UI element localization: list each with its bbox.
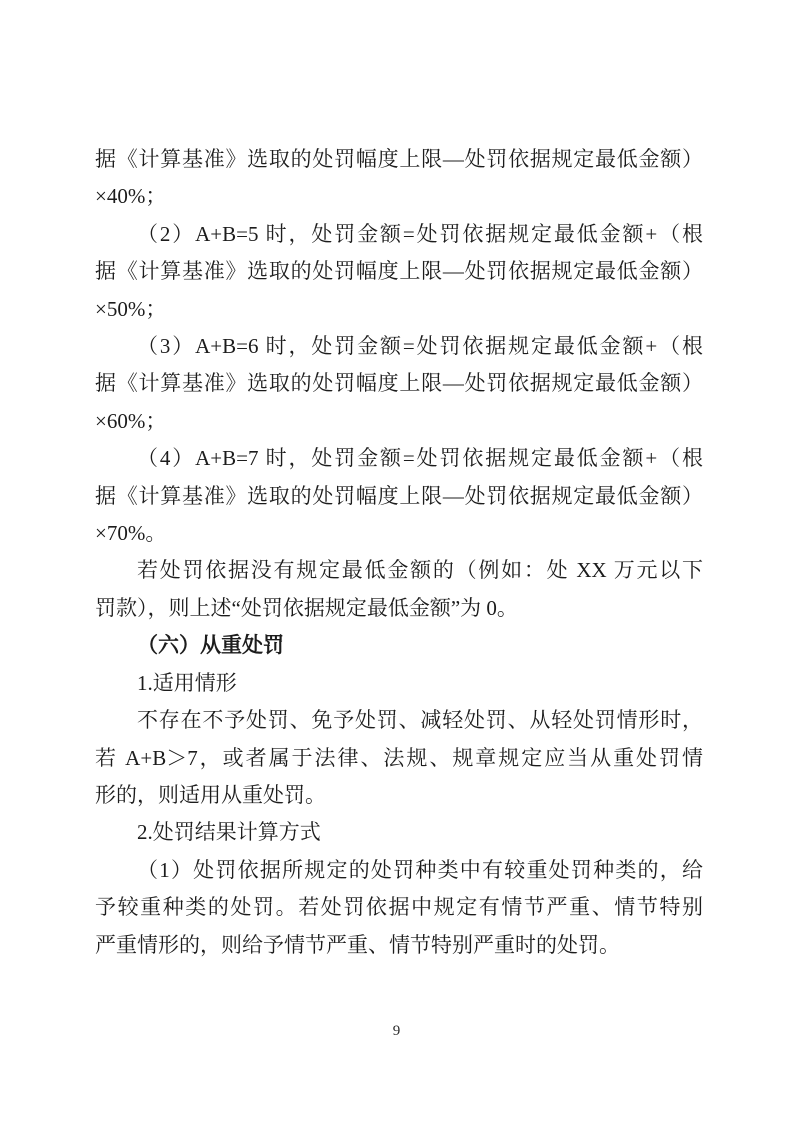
paragraph-item-3: （3）A+B=6 时，处罚金额=处罚依据规定最低金额+（根 据《计算基准》选取的… xyxy=(95,328,703,440)
text-line: 1.适用情形 xyxy=(95,665,703,702)
text-line: ×60%； xyxy=(95,403,703,440)
subheading-calculation-method: 2.处罚结果计算方式 xyxy=(95,814,703,851)
text-line: 据《计算基准》选取的处罚幅度上限—处罚依据规定最低金额） xyxy=(95,365,703,402)
text-line: 若处罚依据没有规定最低金额的（例如：处 XX 万元以下 xyxy=(95,552,703,589)
text-line: ×50%； xyxy=(95,291,703,328)
section-heading: （六）从重处罚 xyxy=(95,627,703,664)
document-body: 据《计算基准》选取的处罚幅度上限—处罚依据规定最低金额） ×40%； （2）A+… xyxy=(95,141,703,964)
heading-line: （六）从重处罚 xyxy=(95,627,703,664)
paragraph-continuation: 据《计算基准》选取的处罚幅度上限—处罚依据规定最低金额） ×40%； xyxy=(95,141,703,216)
paragraph-applicable-cases: 不存在不予处罚、免予处罚、减轻处罚、从轻处罚情形时， 若 A+B＞7，或者属于法… xyxy=(95,702,703,814)
text-line: 予较重种类的处罚。若处罚依据中规定有情节严重、情节特别 xyxy=(95,889,703,926)
text-line: （3）A+B=6 时，处罚金额=处罚依据规定最低金额+（根 xyxy=(95,328,703,365)
text-line: 2.处罚结果计算方式 xyxy=(95,814,703,851)
text-line: 不存在不予处罚、免予处罚、减轻处罚、从轻处罚情形时， xyxy=(95,702,703,739)
text-line: 若 A+B＞7，或者属于法律、法规、规章规定应当从重处罚情 xyxy=(95,740,703,777)
subheading-applicable-cases: 1.适用情形 xyxy=(95,665,703,702)
paragraph-item-2: （2）A+B=5 时，处罚金额=处罚依据规定最低金额+（根 据《计算基准》选取的… xyxy=(95,216,703,328)
paragraph-calculation-method: （1）处罚依据所规定的处罚种类中有较重处罚种类的，给 予较重种类的处罚。若处罚依… xyxy=(95,852,703,964)
text-line: 形的，则适用从重处罚。 xyxy=(95,777,703,814)
text-line: 严重情形的，则给予情节严重、情节特别严重时的处罚。 xyxy=(95,927,703,964)
text-line: 据《计算基准》选取的处罚幅度上限—处罚依据规定最低金额） xyxy=(95,141,703,178)
paragraph-no-minimum-note: 若处罚依据没有规定最低金额的（例如：处 XX 万元以下 罚款），则上述“处罚依据… xyxy=(95,552,703,627)
page-number: 9 xyxy=(0,1022,793,1041)
text-line: （4）A+B=7 时，处罚金额=处罚依据规定最低金额+（根 xyxy=(95,440,703,477)
text-line: （1）处罚依据所规定的处罚种类中有较重处罚种类的，给 xyxy=(95,852,703,889)
text-line: ×70%。 xyxy=(95,515,703,552)
text-line: （2）A+B=5 时，处罚金额=处罚依据规定最低金额+（根 xyxy=(95,216,703,253)
text-line: ×40%； xyxy=(95,178,703,215)
document-page: 据《计算基准》选取的处罚幅度上限—处罚依据规定最低金额） ×40%； （2）A+… xyxy=(0,0,793,1122)
text-line: 罚款），则上述“处罚依据规定最低金额”为 0。 xyxy=(95,590,703,627)
text-line: 据《计算基准》选取的处罚幅度上限—处罚依据规定最低金额） xyxy=(95,478,703,515)
paragraph-item-4: （4）A+B=7 时，处罚金额=处罚依据规定最低金额+（根 据《计算基准》选取的… xyxy=(95,440,703,552)
text-line: 据《计算基准》选取的处罚幅度上限—处罚依据规定最低金额） xyxy=(95,253,703,290)
